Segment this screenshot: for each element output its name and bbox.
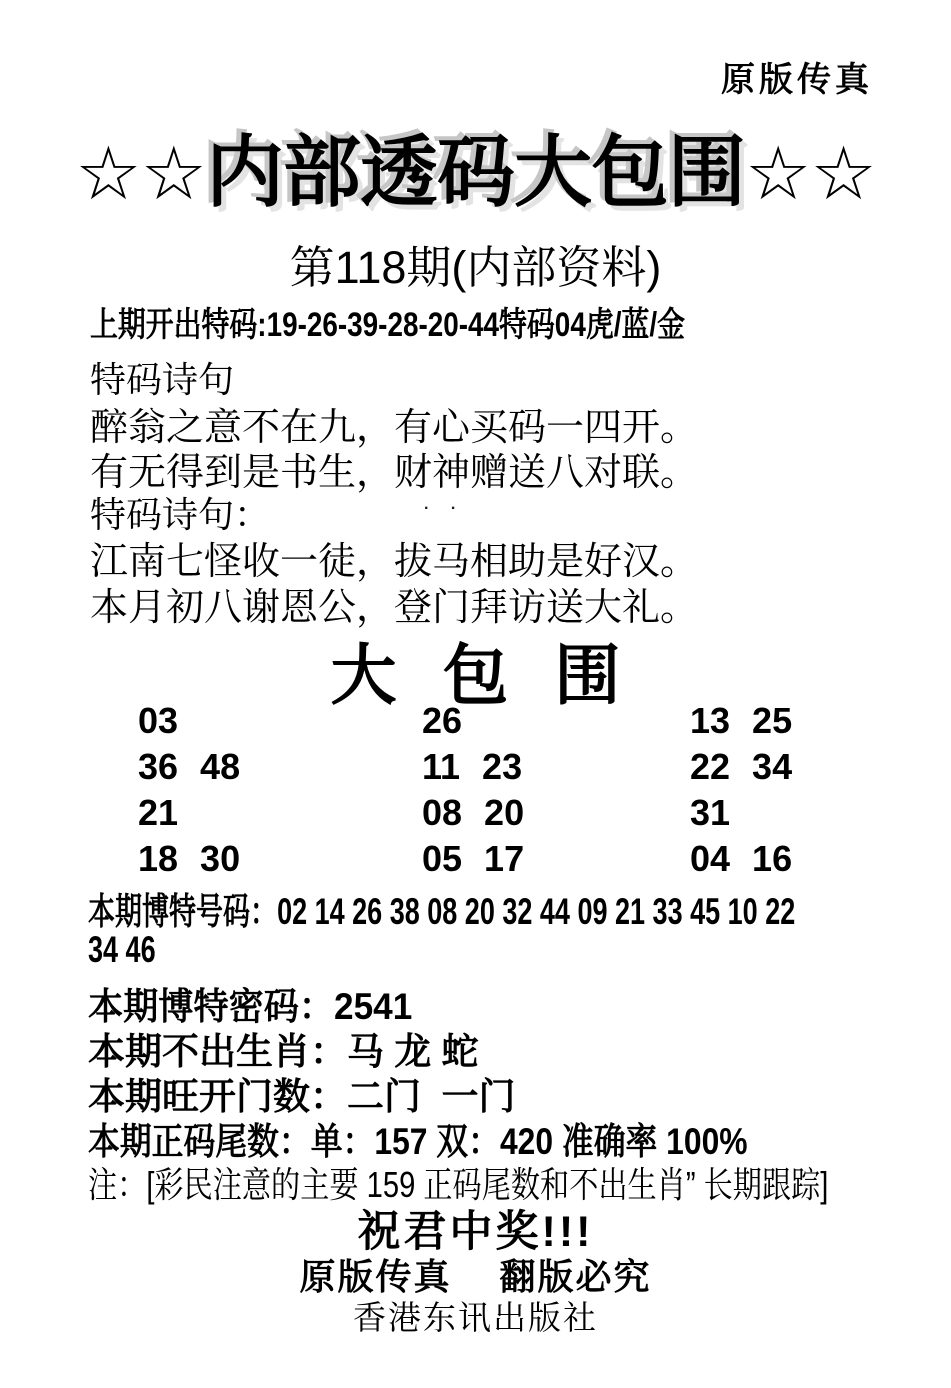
grid-cell: 13 25 (690, 700, 792, 742)
bote-numbers-line1: 本期博特号码：02 14 26 38 08 20 32 44 09 21 33 … (88, 881, 795, 935)
grid-cell: 22 34 (690, 746, 792, 788)
page-title-text: 内部透码大包围 (206, 128, 745, 216)
page-title: ☆☆内部透码大包围☆☆ (0, 110, 951, 222)
grid-row: 03 26 13 25 (0, 700, 951, 746)
grid-cell: 08 20 (422, 792, 524, 834)
grid-cell: 26 (422, 700, 462, 742)
grid-row: 18 30 05 17 04 16 (0, 838, 951, 884)
grid-row: 36 48 11 23 22 34 (0, 746, 951, 792)
grid-row: 21 08 20 31 (0, 792, 951, 838)
corner-label: 原版传真 (721, 52, 873, 101)
grid-cell: 18 30 (138, 838, 240, 880)
star-decoration-left-icon: ☆☆ (75, 132, 206, 215)
grid-cell: 36 48 (138, 746, 240, 788)
fax-page: 原版传真 ☆☆内部透码大包围☆☆ 第118期(内部资料) 上期开出特码:19-2… (0, 0, 951, 1388)
grid-cell: 05 17 (422, 838, 524, 880)
grid-cell: 11 23 (422, 746, 522, 788)
star-decoration-right-icon: ☆☆ (745, 132, 876, 215)
number-grid: 03 26 13 25 36 48 11 23 22 34 21 08 20 3… (0, 700, 951, 884)
last-draw-result-line: 上期开出特码:19-26-39-28-20-44特码04虎/蓝/金 (90, 297, 685, 346)
bote-numbers-line2: 34 46 (88, 929, 156, 971)
grid-cell: 04 16 (690, 838, 792, 880)
grid-cell: 31 (690, 792, 730, 834)
grid-cell: 21 (138, 792, 178, 834)
publisher-line: 香港东讯出版社 (0, 1292, 951, 1339)
issue-line: 第118期(内部资料) (0, 231, 951, 296)
grid-cell: 03 (138, 700, 178, 742)
stray-dots-artifact: . . (424, 496, 464, 514)
